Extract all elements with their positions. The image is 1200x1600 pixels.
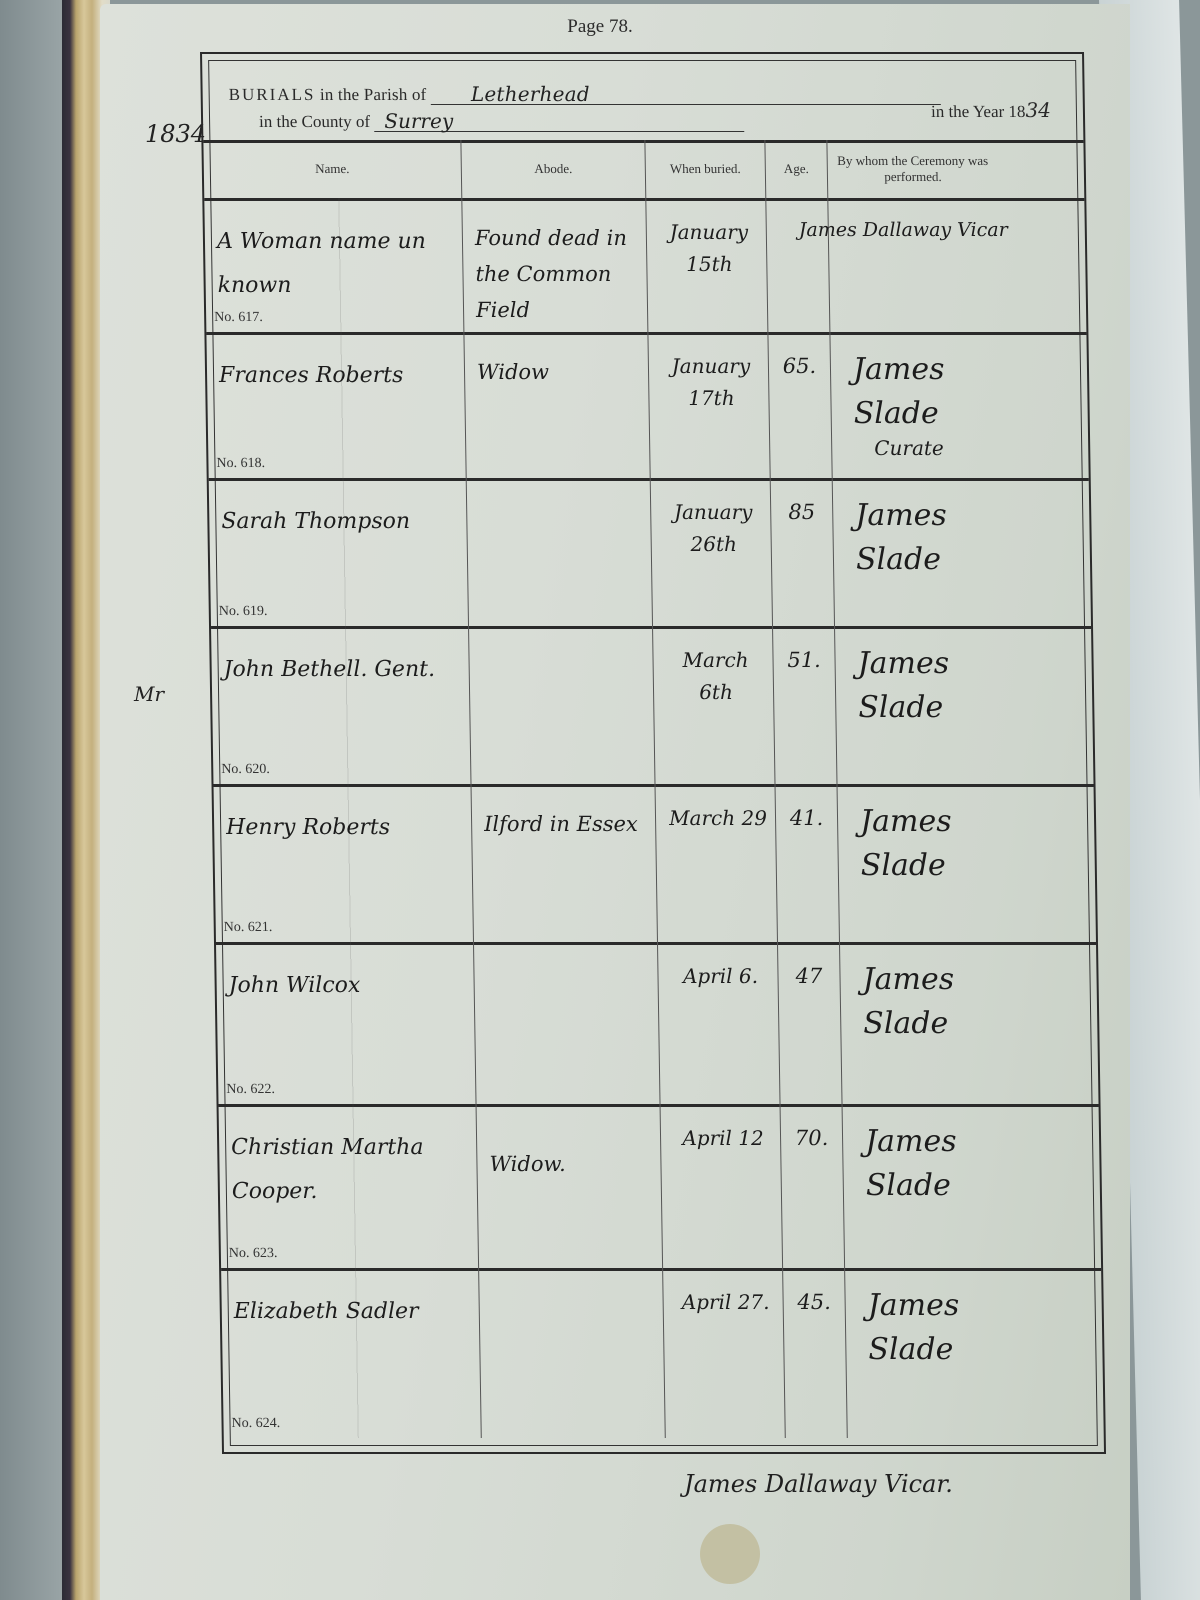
burial-date: January 26th [663, 496, 764, 560]
officiant: James Slade [857, 642, 1018, 730]
officiant-cell: James Slade [845, 1268, 1018, 1438]
register-entry: Frances Roberts No. 618. Widow January 1… [206, 332, 1088, 481]
when-buried-cell: April 12 [661, 1104, 784, 1268]
burial-date: April 6. [670, 960, 771, 992]
abode-cell: Ilford in Essex [471, 784, 657, 942]
year-line: in the Year 1834 [931, 98, 1051, 122]
officiant: James Slade [867, 1284, 1028, 1372]
year-label: in the Year 18 [931, 102, 1026, 121]
year-field: 34 [1025, 98, 1051, 122]
officiant: James Slade [860, 800, 1021, 888]
officiant: James Slade [855, 494, 1016, 582]
officiant-role: Curate [874, 436, 1014, 460]
abode: Found dead in the Common Field [475, 220, 647, 328]
abode-cell [479, 1268, 666, 1438]
officiant-cell: James Slade [843, 1104, 1016, 1268]
abode-cell [474, 942, 661, 1104]
register-entry: John Bethell. Gent. No. 620. March 6th 5… [211, 626, 1094, 787]
abode-cell [469, 626, 655, 784]
page-number: Page 78. [0, 16, 1200, 38]
age-cell: 47 [778, 942, 843, 1104]
title-burials: BURIALS [229, 85, 316, 104]
vicar-signature: James Dallaway Vicar. [684, 1470, 953, 1498]
register-header: BURIALS in the Parish of Letherhead in t… [202, 54, 1083, 143]
deceased-name: Sarah Thompson [221, 500, 472, 544]
column-header-when-buried: When buried. [645, 140, 766, 198]
age: 51. [773, 648, 834, 672]
abode-cell [467, 478, 653, 626]
abode-cell: Widow. [477, 1104, 664, 1268]
register-entry: Sarah Thompson No. 619. January 26th 85 … [209, 478, 1091, 629]
officiant-cell: James Slade [840, 942, 1013, 1104]
entry-number: No. 619. [219, 604, 268, 620]
water-stain [700, 1524, 760, 1584]
deceased-name: John Wilcox [228, 964, 479, 1008]
burial-date: March 29 [668, 802, 769, 834]
burial-date: January 15th [659, 216, 760, 280]
parish-label: in the Parish of [320, 85, 427, 104]
when-buried-cell: April 6. [658, 942, 781, 1104]
entry-number: No. 623. [229, 1246, 278, 1262]
entry-number: No. 621. [224, 920, 273, 936]
age-cell: 45. [783, 1268, 848, 1438]
name-cell: John Wilcox No. 622. [216, 942, 477, 1104]
officiant-cell: James Slade Curate [830, 332, 1002, 478]
age-cell: 41. [775, 784, 839, 942]
entry-number: No. 620. [221, 762, 270, 778]
abode: Widow. [489, 1146, 660, 1182]
deceased-name: Henry Roberts [226, 806, 477, 850]
age-cell: 70. [781, 1104, 846, 1268]
officiant-name: James Slade [853, 352, 945, 431]
abode-cell: Widow [464, 332, 650, 478]
entry-number: No. 622. [226, 1082, 275, 1098]
register-entry: Henry Roberts No. 621. Ilford in Essex M… [213, 784, 1096, 945]
county-field: Surrey [374, 111, 744, 132]
age: 70. [781, 1126, 842, 1150]
register-entry: A Woman name un known No. 617. Found dea… [204, 198, 1086, 335]
when-buried-cell: January 15th [646, 198, 768, 332]
officiant: James Slade [862, 958, 1023, 1046]
name-cell: Henry Roberts No. 621. [213, 784, 473, 942]
deceased-name: Christian Martha Cooper. [231, 1126, 482, 1214]
age: 45. [783, 1290, 844, 1314]
age: 41. [776, 806, 837, 830]
abode-cell: Found dead in the Common Field [462, 198, 648, 332]
register-entries: A Woman name un known No. 617. Found dea… [204, 198, 1104, 1452]
register-entry: Elizabeth Sadler No. 624. April 27. 45. … [221, 1268, 1104, 1438]
name-cell: Elizabeth Sadler No. 624. [221, 1268, 482, 1438]
entry-number: No. 618. [216, 456, 265, 472]
column-header-age: Age. [765, 140, 828, 198]
name-cell: Sarah Thompson No. 619. [209, 478, 469, 626]
when-buried-cell: March 6th [653, 626, 775, 784]
burial-date: January 17th [661, 350, 762, 414]
deceased-name: Elizabeth Sadler [233, 1290, 484, 1334]
when-buried-cell: January 26th [651, 478, 773, 626]
parish-line: BURIALS in the Parish of Letherhead [229, 84, 942, 105]
officiant-cell: James Dallaway Vicar [828, 198, 1000, 332]
name-cell: John Bethell. Gent. No. 620. [211, 626, 471, 784]
age-cell: 51. [773, 626, 837, 784]
when-buried-cell: April 27. [663, 1268, 786, 1438]
register-entry: John Wilcox No. 622. April 6. 47 James S… [216, 942, 1099, 1107]
abode: Widow [477, 354, 648, 390]
county-line: in the County of Surrey [259, 111, 745, 132]
abode: Ilford in Essex [484, 806, 655, 842]
county-label: in the County of [259, 112, 370, 131]
register-entry: Christian Martha Cooper. No. 623. Widow.… [219, 1104, 1102, 1271]
deceased-name: John Bethell. Gent. [223, 648, 474, 692]
age: 85 [771, 500, 832, 524]
when-buried-cell: January 17th [648, 332, 770, 478]
parish-field: Letherhead [431, 84, 941, 105]
name-cell: Frances Roberts No. 618. [206, 332, 466, 478]
entry-number: No. 617. [214, 310, 263, 326]
name-cell: A Woman name un known No. 617. [204, 198, 464, 332]
column-header-officiant: By whom the Ceremony was performed. [827, 140, 998, 198]
margin-note-mr: Mr [134, 682, 164, 706]
column-headers: Name. Abode. When buried. Age. By whom t… [203, 140, 1084, 201]
officiant: James Slade Curate [853, 348, 1015, 460]
burial-register-table: BURIALS in the Parish of Letherhead in t… [200, 52, 1106, 1454]
officiant-cell: James Slade [837, 784, 1009, 942]
age-cell: 65. [768, 332, 832, 478]
when-buried-cell: March 29 [655, 784, 777, 942]
officiant-cell: James Slade [833, 478, 1005, 626]
age: 47 [778, 964, 839, 988]
burial-date: April 12 [673, 1122, 774, 1154]
deceased-name: A Woman name un known [217, 220, 468, 308]
burial-date: March 6th [665, 644, 766, 708]
column-header-abode: Abode. [461, 140, 646, 198]
column-header-name: Name. [203, 140, 462, 198]
officiant: James Dallaway Vicar [799, 216, 1059, 244]
officiant: James Slade [865, 1120, 1026, 1208]
officiant-cell: James Slade [835, 626, 1007, 784]
entry-number: No. 624. [231, 1416, 280, 1432]
age-cell: 85 [771, 478, 835, 626]
name-cell: Christian Martha Cooper. No. 623. [219, 1104, 480, 1268]
margin-year: 1834 [145, 120, 206, 148]
deceased-name: Frances Roberts [219, 354, 470, 398]
burial-date: April 27. [675, 1286, 776, 1318]
age: 65. [769, 354, 830, 378]
